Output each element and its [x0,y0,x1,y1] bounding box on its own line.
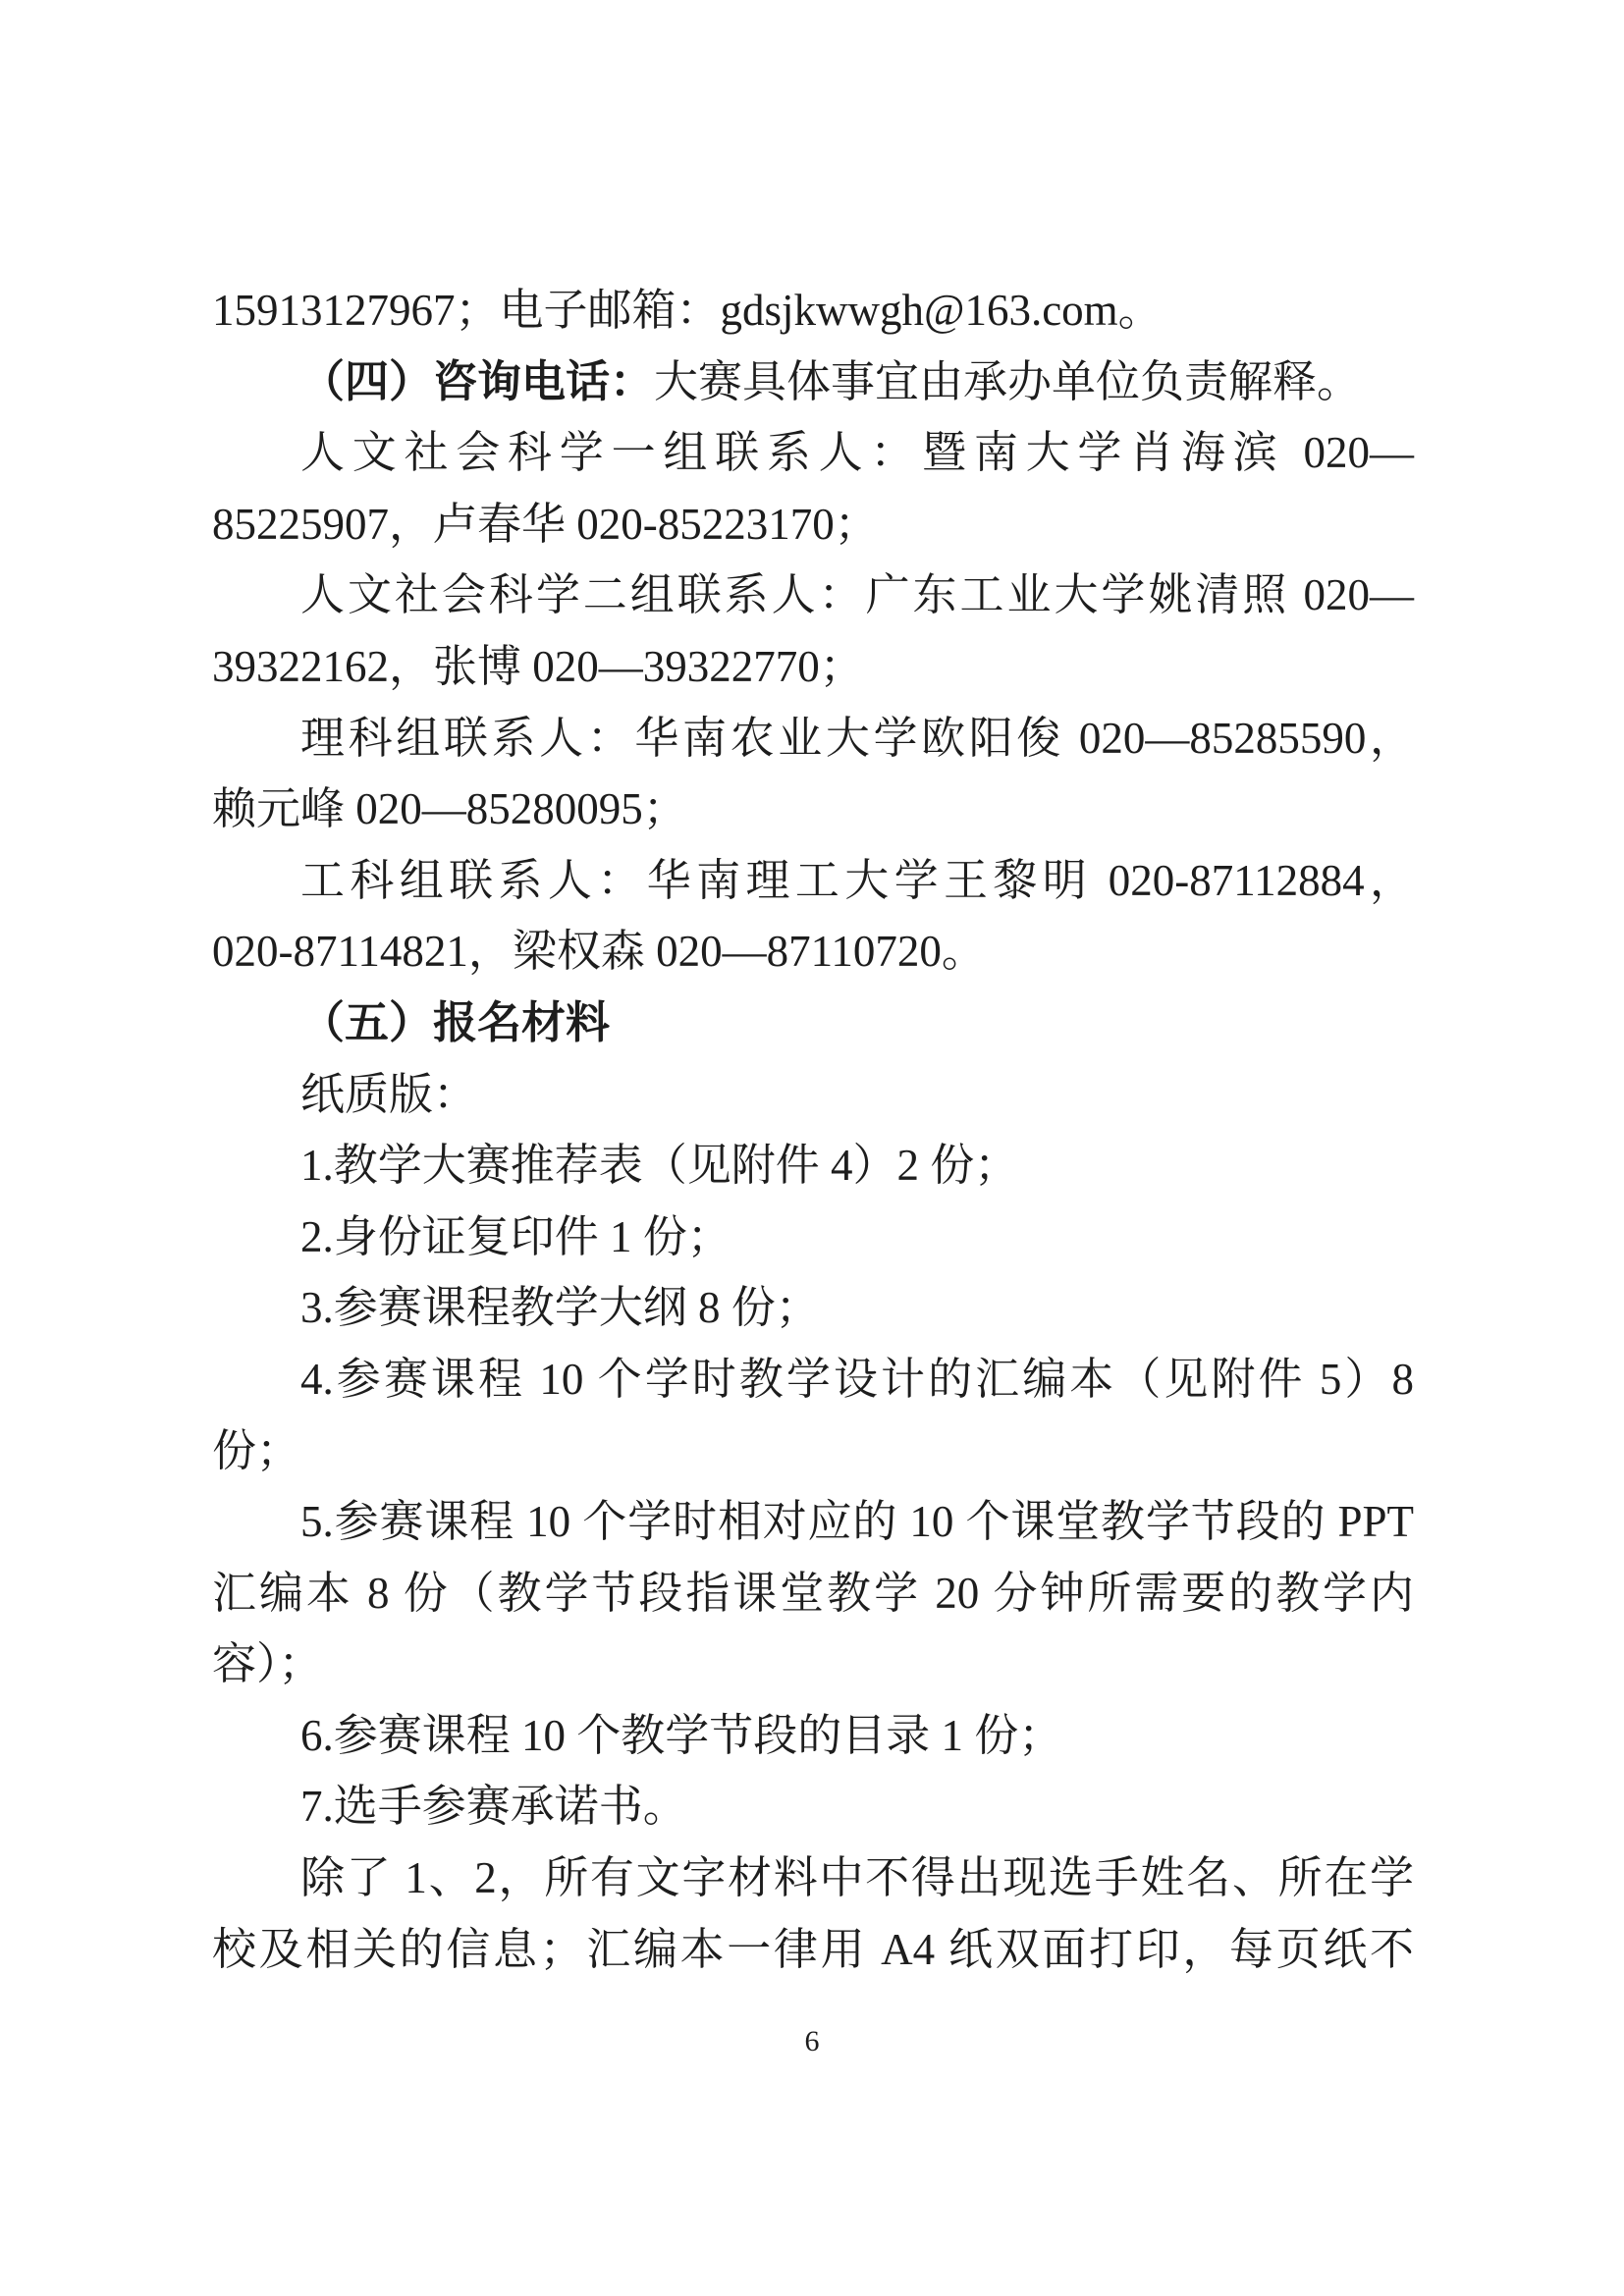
text-line: 020-87114821，梁权森 020—87110720。 [212,916,1414,988]
text-line: 85225907，卢春华 020-85223170； [212,489,1414,561]
document-body: 15913127967；电子邮箱：gdsjkwwgh@163.com。 （四）咨… [212,275,1414,1985]
text-line: 39322162，张博 020—39322770； [212,631,1414,703]
text-line: 3.参赛课程教学大纲 8 份； [212,1272,1414,1344]
document-page: 15913127967；电子邮箱：gdsjkwwgh@163.com。 （四）咨… [0,0,1624,2296]
section-heading-line: （五）报名材料 [212,988,1414,1059]
section-heading-line: （四）咨询电话：大赛具体事宜由承办单位负责解释。 [212,347,1414,418]
text-line: 6.参赛课程 10 个教学节段的目录 1 份； [212,1700,1414,1772]
text-line: 份； [212,1415,1414,1487]
text-line: 容）； [212,1629,1414,1700]
text-line: 除了 1、2，所有文字材料中不得出现选手姓名、所在学 [212,1842,1414,1914]
text-line: 汇编本 8 份（教学节段指课堂教学 20 分钟所需要的教学内 [212,1558,1414,1629]
text-line: 15913127967；电子邮箱：gdsjkwwgh@163.com。 [212,275,1414,347]
text-line: 人文社会科学二组联系人：广东工业大学姚清照 020— [212,560,1414,631]
section-heading-label: （五）报名材料 [300,998,610,1047]
text-line: 理科组联系人：华南农业大学欧阳俊 020—85285590， [212,703,1414,774]
text-line: 赖元峰 020—85280095； [212,774,1414,845]
text-line: 纸质版： [212,1059,1414,1131]
text-line: 4.参赛课程 10 个学时教学设计的汇编本（见附件 5）8 [212,1344,1414,1415]
page-number: 6 [0,2024,1624,2059]
text-line: 7.选手参赛承诺书。 [212,1771,1414,1842]
section-heading-label: （四）咨询电话： [300,357,654,406]
text-line: 2.身份证复印件 1 份； [212,1201,1414,1273]
text-line: 工科组联系人：华南理工大学王黎明 020-87112884， [212,845,1414,917]
text-line: 5.参赛课程 10 个学时相对应的 10 个课堂教学节段的 PPT [212,1486,1414,1558]
text-line: 1.教学大赛推荐表（见附件 4）2 份； [212,1130,1414,1201]
line-text: 大赛具体事宜由承办单位负责解释。 [654,357,1361,406]
text-line: 人文社会科学一组联系人：暨南大学肖海滨 020— [212,417,1414,489]
text-line: 校及相关的信息；汇编本一律用 A4 纸双面打印，每页纸不 [212,1914,1414,1986]
